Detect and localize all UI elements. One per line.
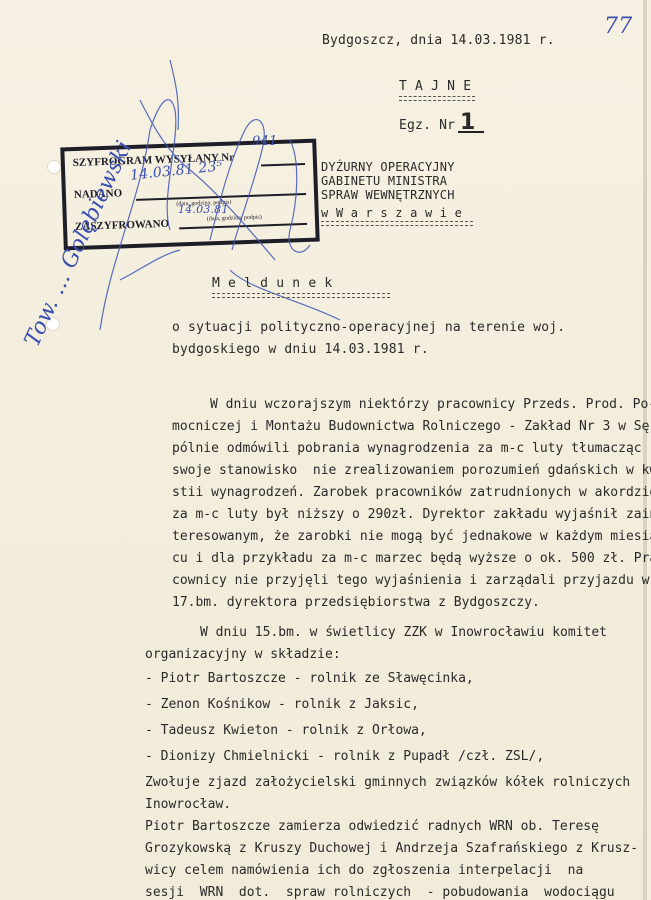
stamp-number-handwritten: 941: [252, 134, 277, 149]
paragraph1-line: pólnie odmówili pobrania wynagrodzenia z…: [172, 441, 642, 456]
recipient-line2: GABINETU MINISTRA: [321, 174, 447, 188]
paragraph3-line: Piotr Bartoszcze zamierza odwiedzić radn…: [145, 819, 599, 834]
recipient-line1: DYŻURNY OPERACYJNY: [321, 160, 455, 174]
handwritten-page-number: 77: [604, 14, 632, 39]
document-title: M e l d u n e k: [212, 276, 332, 291]
subtitle-line2: bydgoskiego w dniu 14.03.1981 r.: [172, 342, 429, 357]
recipient-line3: SPRAW WEWNĘTRZNYCH: [321, 188, 455, 202]
punch-hole: [47, 160, 61, 174]
stamp-line: [179, 223, 307, 229]
paragraph3-line: Grozykowską z Kruszy Duchowej i Andrzeja…: [145, 841, 638, 856]
stamp-row3-handwritten: 14.03.81: [178, 203, 229, 216]
classification: T A J N E: [399, 79, 471, 94]
place-date: Bydgoszcz, dnia 14.03.1981 r.: [322, 33, 555, 48]
recipient-line4: w W a r s z a w i e: [321, 206, 462, 220]
copy-number-underline: [458, 131, 484, 133]
paragraph1-line: 17.bm. dyrektora przedsiębiorstwa z Bydg…: [172, 595, 540, 610]
recipient-underline: [321, 221, 473, 226]
paragraph1-line: cownicy nie przyjęli tego wyjaśnienia i …: [172, 573, 651, 588]
paragraph2-line: W dniu 15.bm. w świetlicy ZZK w Inowrocł…: [200, 625, 607, 640]
paragraph1-line: mocniczej i Montażu Budownictwa Rolnicze…: [172, 419, 651, 434]
stamp-line: [261, 163, 305, 167]
committee-member: - Dionizy Chmielnicki - rolnik z Pupadł …: [145, 749, 544, 764]
paragraph3-line: sesji WRN dot. spraw rolniczych - pobudo…: [145, 885, 615, 900]
copy-label: Egz. Nr: [399, 118, 455, 133]
paragraph3-line: wicy celem namówienia ich do zgłoszenia …: [145, 863, 583, 878]
paragraph1-line: za m-c luty był niższy o 290zł. Dyrektor…: [172, 507, 651, 522]
classification-underline: [399, 96, 475, 101]
paragraph1-line: teresowanym, że zarobki nie mogą być jed…: [172, 529, 651, 544]
page-edge: [643, 0, 647, 900]
document-page: 77 Bydgoszcz, dnia 14.03.1981 r. T A J N…: [0, 0, 647, 900]
paragraph3-line: Zwołuje zjazd założycielski gminnych zwi…: [145, 775, 630, 790]
paragraph1-line: stii wynagrodzeń. Zarobek pracowników za…: [172, 485, 651, 500]
paragraph3-line: Inowrocław.: [145, 797, 231, 812]
paragraph1-line: cu i dla przykładu za m-c marzec będą wy…: [172, 551, 651, 566]
paragraph1-line: W dniu wczorajszym niektórzy pracownicy …: [210, 397, 651, 412]
title-underline: [212, 293, 390, 298]
committee-member: - Zenon Kośnikow - rolnik z Jaksic,: [145, 697, 419, 712]
paragraph1-line: swoje stanowisko nie zrealizowaniem poro…: [172, 463, 651, 478]
committee-member: - Piotr Bartoszcze - rolnik ze Sławęcink…: [145, 671, 474, 686]
subtitle-line1: o sytuacji polityczno-operacyjnej na ter…: [172, 320, 565, 335]
committee-member: - Tadeusz Kwieton - rolnik z Orłowa,: [145, 723, 427, 738]
paragraph2-line: organizacyjny w składzie:: [145, 647, 341, 662]
